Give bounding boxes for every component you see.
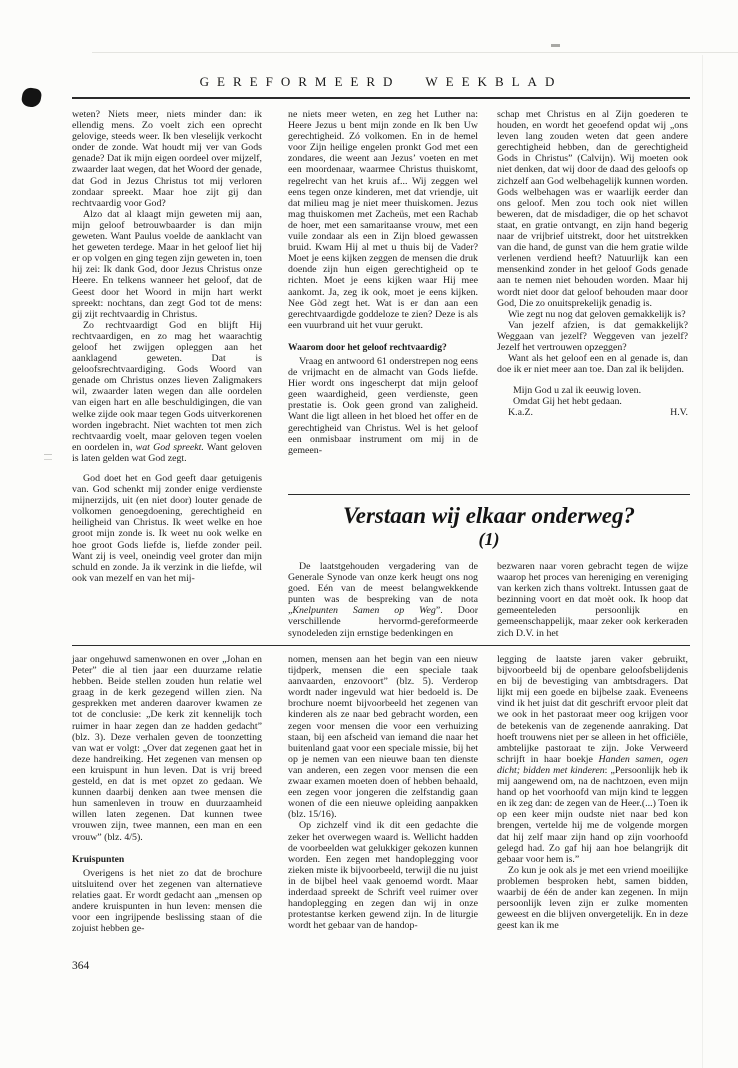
section-heading: Waarom door het geloof rechtvaardig?	[288, 342, 478, 353]
paragraph: De laatstgehouden vergadering van de Gen…	[288, 561, 478, 639]
paragraph: Want als het geloof een en al genade is,…	[497, 353, 688, 375]
paragraph: Zo kun je ook als je met een vriend moei…	[497, 865, 688, 932]
paragraph: Alzo dat al klaagt mijn geweten mij aan,…	[72, 209, 262, 320]
scan-speck	[44, 454, 52, 460]
paragraph: ne niets meer weten, en zeg het Luther n…	[288, 109, 478, 331]
paragraph: legging de laatste jaren vaker gebruikt,…	[497, 654, 688, 865]
paragraph: Vraag en antwoord 61 onderstrepen nog ee…	[288, 356, 478, 456]
scan-edge-line-top	[92, 52, 738, 53]
article2-intro-column-2: bezwaren naar voren gebracht tegen de wi…	[497, 561, 688, 639]
magazine-page: GEREFORMEERD WEEKBLAD weten? Niets meer,…	[0, 0, 738, 1068]
article1-column-1: weten? Niets meer, niets minder dan: ik …	[72, 109, 262, 584]
verse-line: Mijn God u zal ik eeuwig loven.	[497, 385, 688, 396]
paragraph: nomen, mensen aan het begin van een nieu…	[288, 654, 478, 820]
article2-intro-column-1: De laatstgehouden vergadering van de Gen…	[288, 561, 478, 639]
paragraph: Wie zegt nu nog dat geloven gemakkelijk …	[497, 309, 688, 320]
signature-row: K.a.Z.H.V.	[497, 407, 688, 418]
masthead-rule	[72, 97, 690, 99]
verse-line: Omdat Gij het hebt gedaan.	[497, 396, 688, 407]
article2-header: Verstaan wij elkaar onderweg? (1)	[288, 504, 690, 549]
paragraph-text: : „Persoonlijk heb ik mij aangewend om, …	[497, 765, 688, 865]
article2-title: Verstaan wij elkaar onderweg?	[288, 504, 690, 528]
paragraph: schap met Christus en al Zijn goederen t…	[497, 109, 688, 309]
paragraph: weten? Niets meer, niets minder dan: ik …	[72, 109, 262, 209]
page-number: 364	[72, 960, 89, 972]
italic-phrase: Knelpunten Samen op Weg	[292, 605, 435, 616]
masthead-title: GEREFORMEERD WEEKBLAD	[72, 74, 690, 90]
scan-speck	[551, 44, 560, 47]
paragraph-text: Zo rechtvaardigt God en blijft Hij recht…	[72, 320, 262, 453]
paragraph: Overigens is het niet zo dat de brochure…	[72, 868, 262, 935]
italic-phrase: wat God spreekt.	[136, 442, 204, 453]
article1-column-2: ne niets meer weten, en zeg het Luther n…	[288, 109, 478, 456]
scan-smudge	[21, 87, 43, 109]
article1-column-3: schap met Christus en al Zijn goederen t…	[497, 109, 688, 419]
paragraph: jaar ongehuwd samenwonen en over „Johan …	[72, 654, 262, 843]
masthead: GEREFORMEERD WEEKBLAD	[72, 74, 690, 90]
paragraph: bezwaren naar voren gebracht tegen de wi…	[497, 561, 688, 639]
section-heading: Kruispunten	[72, 854, 262, 865]
section-divider-rule	[288, 494, 690, 495]
article2-column-3: legging de laatste jaren vaker gebruikt,…	[497, 654, 688, 931]
paragraph: God doet het en God geeft daar getuigeni…	[72, 473, 262, 584]
full-width-rule	[72, 645, 690, 646]
signature-left: K.a.Z.	[497, 407, 533, 418]
paragraph: Op zichzelf vind ik dit een gedachte die…	[288, 820, 478, 931]
article2-column-2: nomen, mensen aan het begin van een nieu…	[288, 654, 478, 931]
scan-edge-line-right	[702, 55, 703, 1068]
paragraph-text: legging de laatste jaren vaker gebruikt,…	[497, 654, 688, 765]
signature-right: H.V.	[659, 407, 688, 418]
paragraph: Zo rechtvaardigt God en blijft Hij recht…	[72, 320, 262, 464]
paragraph: Van jezelf afzien, is dat gemakkelijk? W…	[497, 320, 688, 353]
article2-column-1: jaar ongehuwd samenwonen en over „Johan …	[72, 654, 262, 934]
article2-part-number: (1)	[288, 530, 690, 549]
